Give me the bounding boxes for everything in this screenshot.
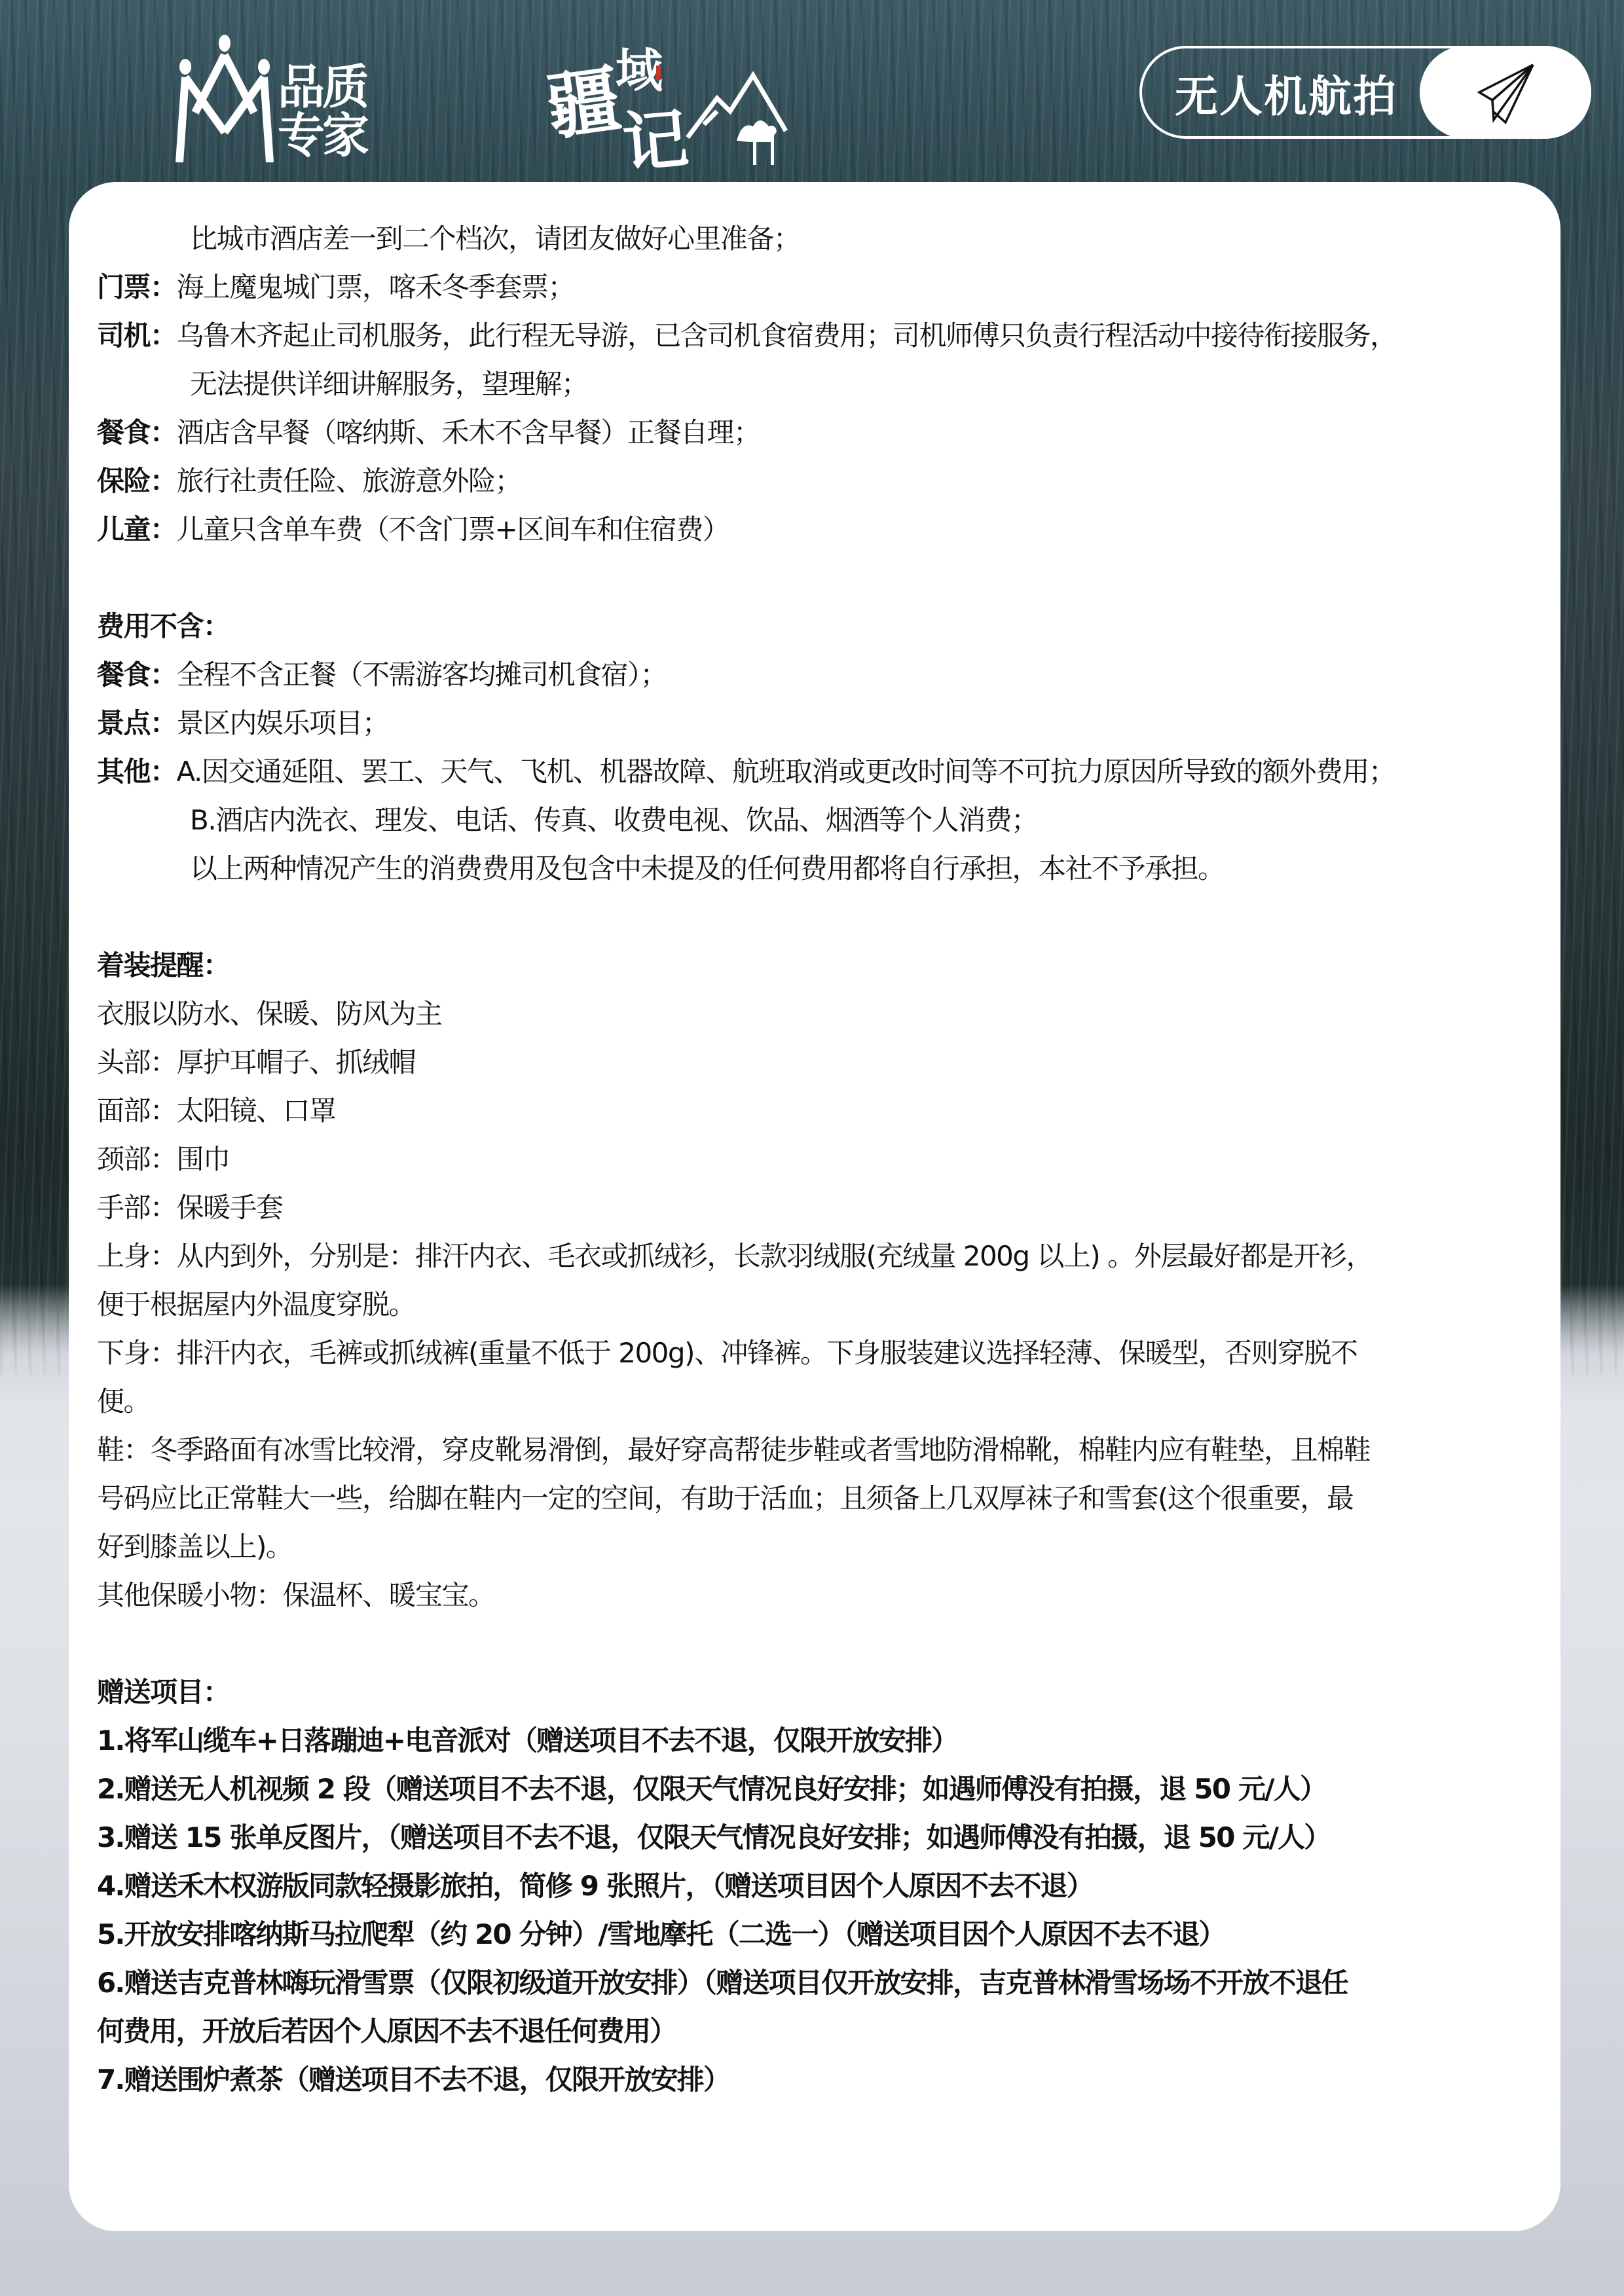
included-item-tickets: 门票：海上魔鬼城门票，喀禾冬季套票； [97,263,1538,312]
clothing-line: 鞋：冬季路面有冰雪比较滑，穿皮靴易滑倒，最好穿高帮徒步鞋或者雪地防滑棉靴，棉鞋内… [97,1426,1538,1474]
excluded-item-attractions: 景点：景区内娱乐项目； [97,699,1538,748]
included-label-children: 儿童： [97,513,177,545]
clothing-line: 好到膝盖以上)。 [97,1523,1538,1571]
clothing-line: 头部：厚护耳帽子、抓绒帽 [97,1038,1538,1087]
excluded-label-attractions: 景点： [97,707,177,739]
included-text-meals: 酒店含早餐（喀纳斯、禾木不含早餐）正餐自理； [177,416,760,448]
brand-line-2: 专家 [278,111,367,160]
included-item-driver: 司机：乌鲁木齐起止司机服务，此行程无导游，已含司机食宿费用；司机师傅只负责行程活… [97,312,1538,360]
spacer [97,554,1538,602]
clothing-line: 面部：太阳镜、口罩 [97,1087,1538,1135]
crown-icon [175,34,274,162]
gift-item: 5.开放安排喀纳斯马拉爬犁（约 20 分钟）/雪地摩托（二选一）（赠送项目因个人… [97,1910,1538,1959]
gift-item: 7.赠送围炉煮茶（赠送项目不去不退，仅限开放安排） [97,2056,1538,2104]
hotel-note: 比城市酒店差一到二个档次，请团友做好心里准备； [97,215,1538,263]
clothing-line: 便于根据屋内外温度穿脱。 [97,1281,1538,1329]
gift-item: 2.赠送无人机视频 2 段（赠送项目不去不退，仅限天气情况良好安排；如遇师傅没有… [97,1765,1538,1813]
itinerary-content: 比城市酒店差一到二个档次，请团友做好心里准备； 门票：海上魔鬼城门票，喀禾冬季套… [97,215,1538,2104]
excluded-text-other: A.因交通延阻、罢工、天气、飞机、机器故障、航班取消或更改时间等不可抗力原因所导… [177,756,1395,788]
clothing-line: 颈部：围巾 [97,1135,1538,1184]
clothing-line: 上身：从内到外，分别是：排汗内衣、毛衣或抓绒衫，长款羽绒服(充绒量 200g 以… [97,1232,1538,1281]
clothing-line: 下身：排汗内衣，毛裤或抓绒裤(重量不低于 200g)、冲锋裤。下身服装建议选择轻… [97,1329,1538,1377]
clothing-title: 着装提醒： [97,941,1538,990]
clothing-line: 手部：保暖手套 [97,1184,1538,1232]
excluded-text-meals: 全程不含正餐（不需游客均摊司机食宿）； [177,659,667,691]
gift-item-cont: 何费用，开放后若因个人原因不去不退任何费用） [97,2007,1538,2056]
content-card: 比城市酒店差一到二个档次，请团友做好心里准备； 门票：海上魔鬼城门票，喀禾冬季套… [69,182,1560,2231]
excluded-item-other: 其他：A.因交通延阻、罢工、天气、飞机、机器故障、航班取消或更改时间等不可抗力原… [97,748,1538,796]
header: 品质 专家 疆 域 记 无人机航拍 [0,0,1624,182]
excluded-text-attractions: 景区内娱乐项目； [177,707,389,739]
included-item-meals: 餐食：酒店含早餐（喀纳斯、禾木不含早餐）正餐自理； [97,409,1538,457]
excluded-title: 费用不含： [97,602,1538,651]
included-text-children: 儿童只含单车费（不含门票+区间车和住宿费） [177,513,729,545]
brand-logo: 品质 专家 [175,31,424,162]
gift-item: 1.将军山缆车+日落蹦迪+电音派对（赠送项目不去不退，仅限开放安排） [97,1717,1538,1765]
included-text-tickets: 海上魔鬼城门票，喀禾冬季套票； [177,271,575,303]
included-label-meals: 餐食： [97,416,177,448]
excluded-other-b: B.酒店内洗衣、理发、电话、传真、收费电视、饮品、烟酒等个人消费； [97,796,1538,845]
clothing-line: 便。 [97,1377,1538,1426]
included-label-insurance: 保险： [97,465,177,497]
clothing-line: 号码应比正常鞋大一些，给脚在鞋内一定的空间，有助于活血；且须备上几双厚袜子和雪套… [97,1474,1538,1523]
included-label-tickets: 门票： [97,271,177,303]
included-item-children: 儿童：儿童只含单车费（不含门票+区间车和住宿费） [97,505,1538,554]
included-text-driver: 乌鲁木齐起止司机服务，此行程无导游，已含司机食宿费用；司机师傅只负责行程活动中接… [177,319,1397,352]
spacer [97,893,1538,941]
excluded-label-other: 其他： [97,756,177,788]
included-label-driver: 司机： [97,319,177,352]
gift-item: 4.赠送禾木权游版同款轻摄影旅拍，简修 9 张照片，（赠送项目因个人原因不去不退… [97,1862,1538,1910]
drone-photography-label: 无人机航拍 [1175,62,1397,124]
clothing-line: 其他保暖小物：保温杯、暖宝宝。 [97,1571,1538,1620]
excluded-item-meals: 餐食：全程不含正餐（不需游客均摊司机食宿）； [97,651,1538,699]
included-text-insurance: 旅行社责任险、旅游意外险； [177,465,522,497]
gift-item: 6.赠送吉克普林嗨玩滑雪票（仅限初级道开放安排）（赠送项目仅开放安排，吉克普林滑… [97,1959,1538,2007]
gifts-title: 赠送项目： [97,1668,1538,1717]
clothing-line: 衣服以防水、保暖、防风为主 [97,990,1538,1038]
gift-item: 3.赠送 15 张单反图片，（赠送项目不去不退，仅限天气情况良好安排；如遇师傅没… [97,1813,1538,1862]
excluded-other-note: 以上两种情况产生的消费费用及包含中未提及的任何费用都将自行承担，本社不予承担。 [97,845,1538,893]
excluded-label-meals: 餐食： [97,659,177,691]
spacer [97,1620,1538,1668]
paper-plane-icon [1420,46,1591,139]
region-logo: 疆 域 记 [544,26,805,177]
camel-icon [737,120,777,165]
brand-line-1: 品质 [278,63,367,111]
drone-photography-badge: 无人机航拍 [1139,46,1591,139]
included-driver-cont: 无法提供详细讲解服务，望理解； [97,360,1538,409]
included-item-insurance: 保险：旅行社责任险、旅游意外险； [97,457,1538,505]
